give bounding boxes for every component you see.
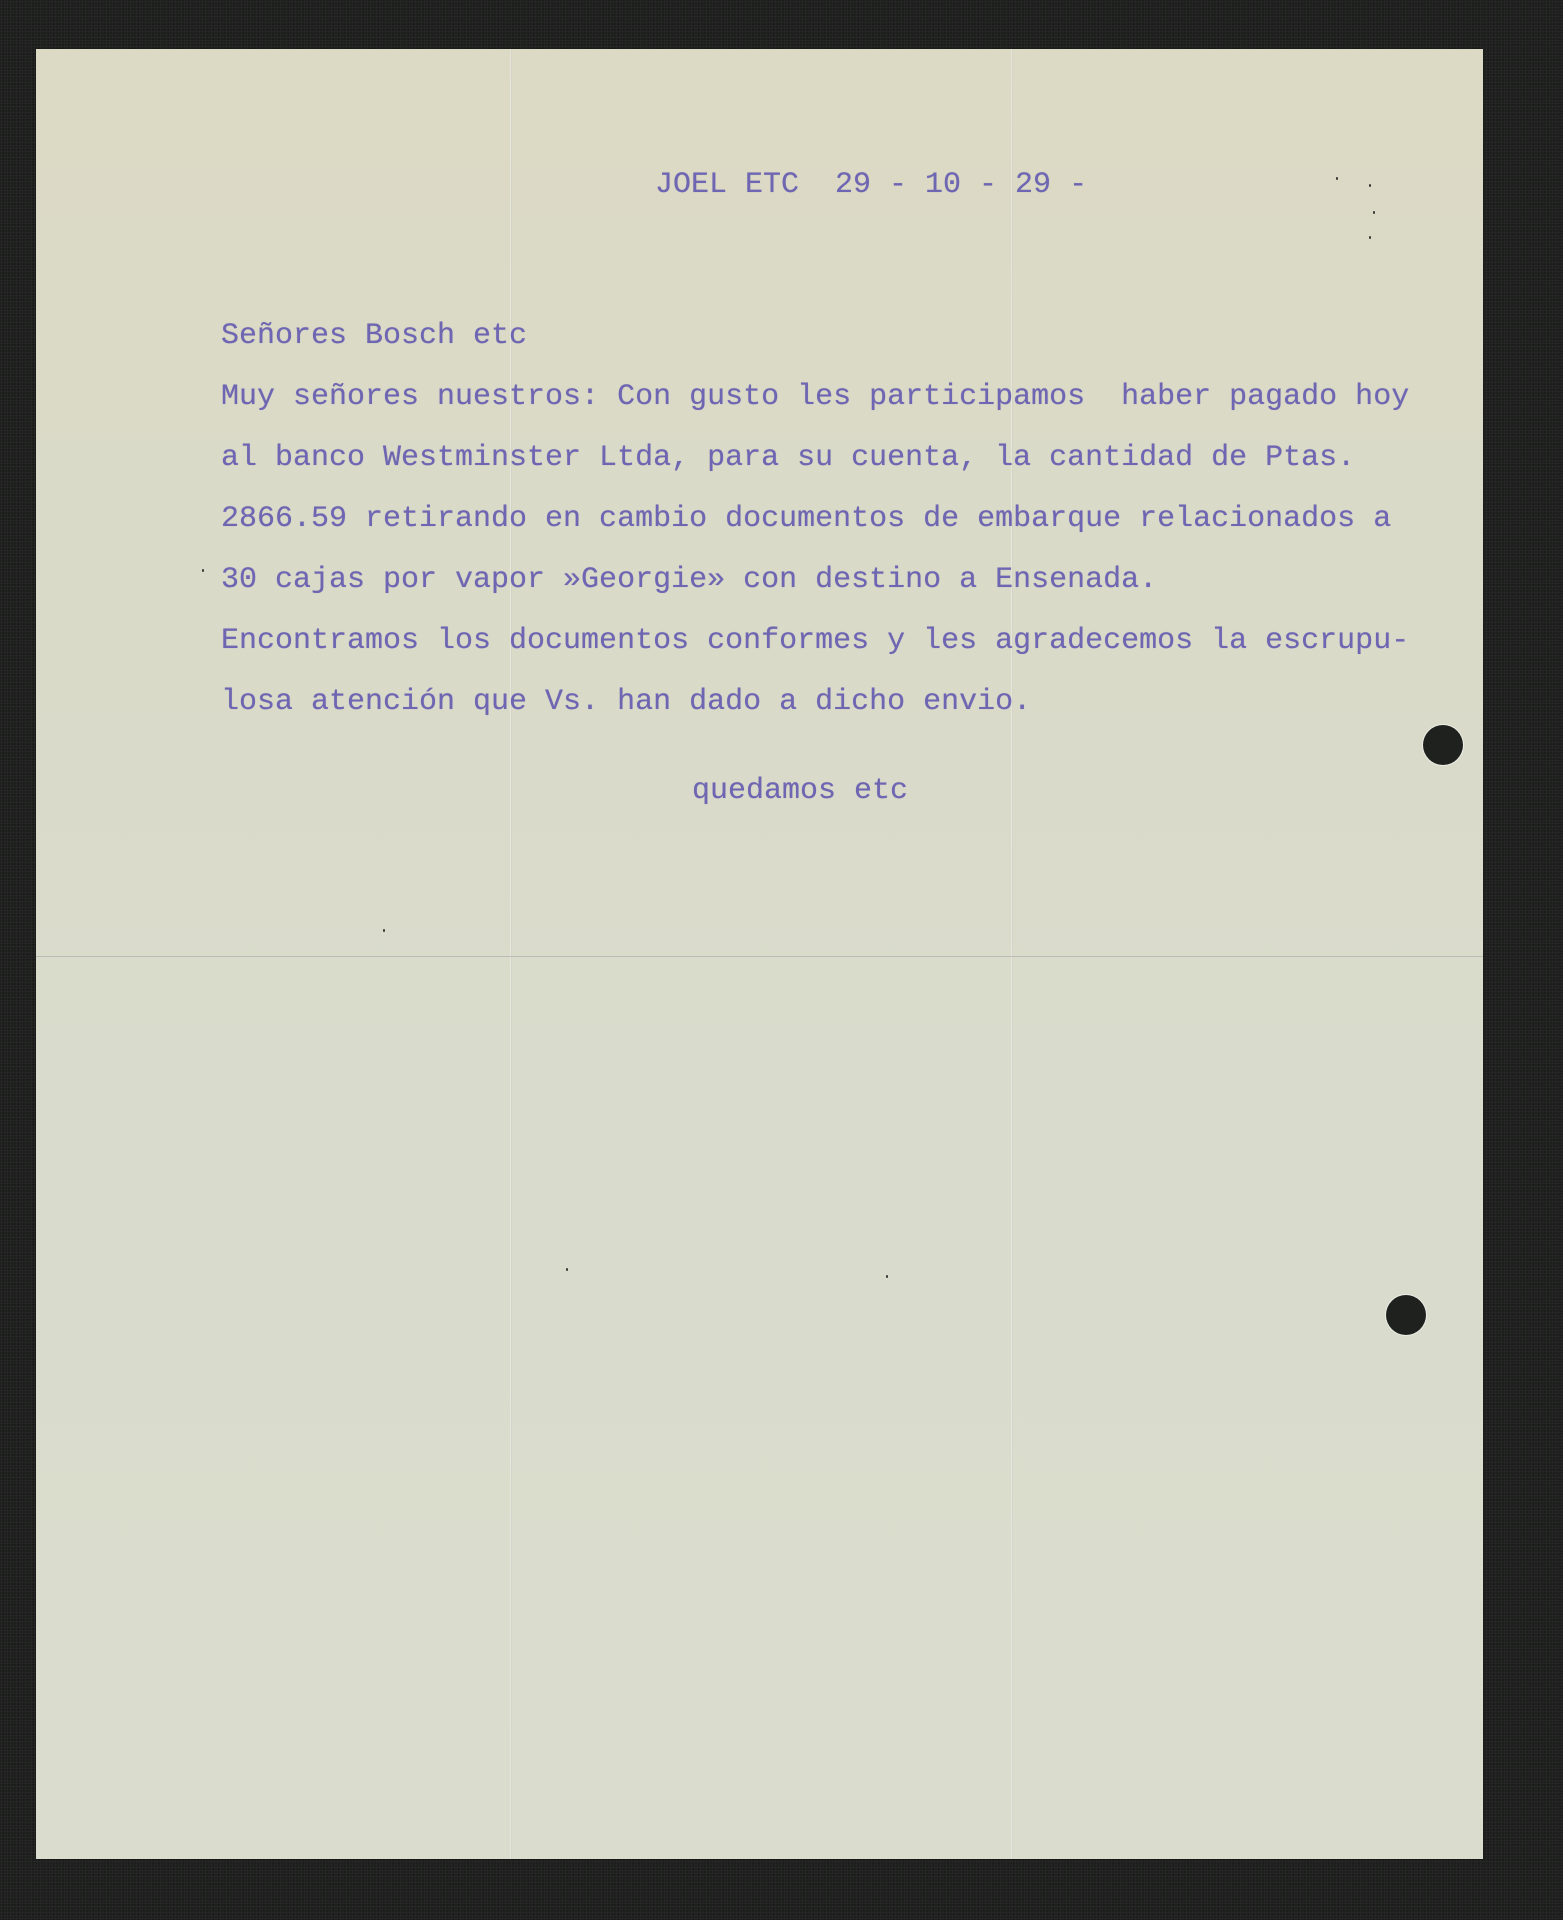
ink-speck (886, 1275, 888, 1278)
binder-hole-bottom (1386, 1295, 1426, 1335)
ink-speck (383, 929, 385, 932)
ink-speck (202, 569, 204, 572)
body-line: al banco Westminster Ltda, para su cuent… (221, 443, 1355, 473)
ink-speck (1369, 236, 1371, 239)
body-line: losa atención que Vs. han dado a dicho e… (221, 687, 1031, 717)
ink-speck (566, 1268, 568, 1271)
ink-speck (1336, 177, 1338, 180)
body-line: Encontramos los documentos conformes y l… (221, 626, 1409, 656)
vertical-fold-line-right (1011, 49, 1013, 1859)
ink-speck (1369, 184, 1371, 187)
recipient-line: Señores Bosch etc (221, 321, 527, 351)
ink-speck (1373, 211, 1375, 214)
body-line: 30 cajas por vapor »Georgie» con destino… (221, 565, 1157, 595)
horizontal-fold-line (36, 956, 1483, 958)
binder-hole-top (1423, 725, 1463, 765)
letter-header: JOEL ETC 29 - 10 - 29 - (655, 170, 1087, 200)
body-line: 2866.59 retirando en cambio documentos d… (221, 504, 1391, 534)
body-line: Muy señores nuestros: Con gusto les part… (221, 382, 1409, 412)
letter-paper: JOEL ETC 29 - 10 - 29 - Señores Bosch et… (36, 49, 1483, 1859)
closing-line: quedamos etc (692, 776, 908, 806)
